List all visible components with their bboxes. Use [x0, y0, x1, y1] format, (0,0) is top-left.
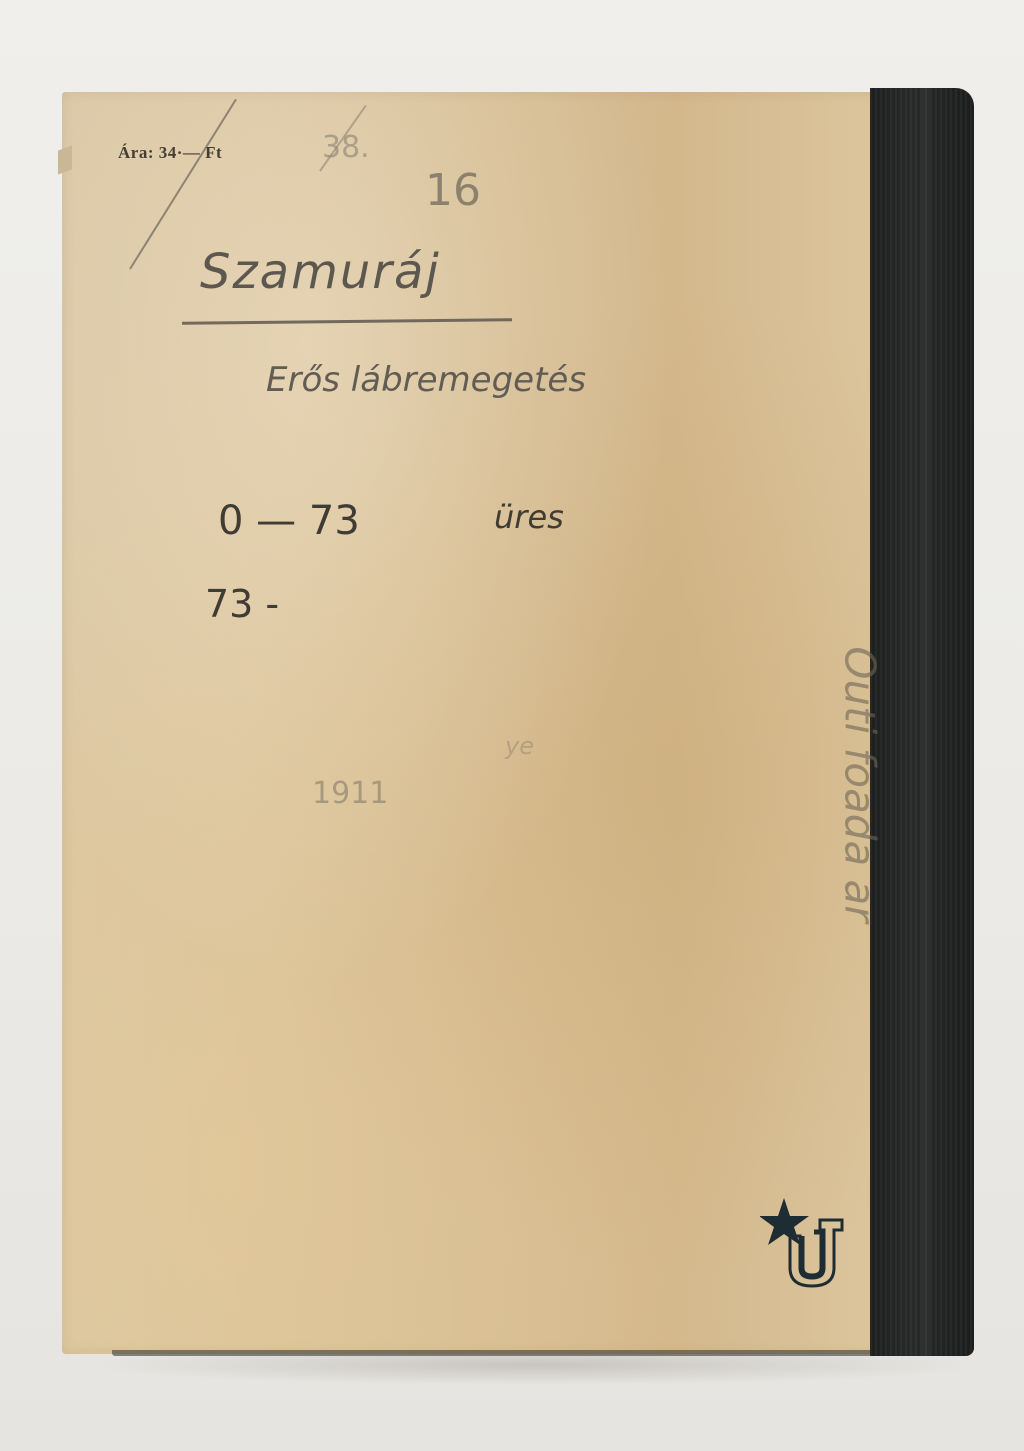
handwritten-vertical-note: Outi foada ar: [836, 485, 885, 1085]
star-u-logo-icon: [760, 1190, 860, 1290]
handwritten-title: Szamuráj: [200, 244, 441, 300]
handwritten-number-large: 16: [425, 165, 481, 216]
handwritten-range-note: üres: [494, 498, 564, 536]
faint-pencil-mark: 1911: [312, 776, 388, 811]
torn-corner: [58, 145, 72, 174]
handwritten-number-top: 38.: [322, 130, 370, 165]
publisher-logo: [760, 1190, 860, 1290]
cover-bottom-edge: [112, 1350, 872, 1356]
spine-highlight: [922, 88, 930, 1356]
handwritten-page-range-1: 0 — 73: [218, 498, 360, 544]
faint-pencil-mark-2: ye: [505, 732, 534, 760]
photo-backdrop: Ára: 34·— Ft 38. 16 Szamuráj Erős lábrem…: [0, 0, 1024, 1451]
handwritten-page-range-2: 73 -: [205, 582, 279, 626]
handwritten-subtitle: Erős lábremegetés: [266, 360, 586, 400]
letter-u-inner: [802, 1232, 822, 1276]
back-cover: [62, 92, 880, 1354]
